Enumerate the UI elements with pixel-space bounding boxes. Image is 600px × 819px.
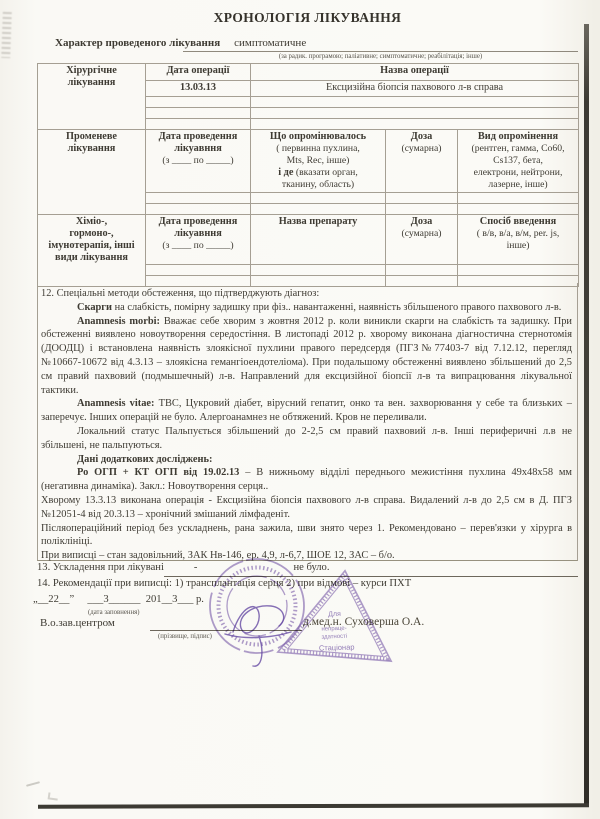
scan-edge-artifact bbox=[1, 12, 12, 58]
radiation-what-header: Що опромінювалось ( первинна пухлина, Mt… bbox=[251, 130, 386, 193]
empty-cell bbox=[251, 204, 386, 215]
empty-cell bbox=[251, 108, 579, 119]
empty-cell bbox=[458, 193, 579, 204]
scan-edge-bottom bbox=[38, 803, 589, 808]
radiation-date-header-bold: Дата проведення лікуавння bbox=[159, 131, 238, 154]
radiation-dose-bold: Доза bbox=[411, 131, 433, 142]
empty-cell bbox=[458, 204, 579, 215]
treatment-nature-row: Характер проведеного лікуваннясимптомати… bbox=[55, 37, 306, 49]
fill-date-line: „__22__” ___3______ 201__3___ р. bbox=[33, 594, 204, 605]
xray-ct-paragraph: Ро ОГП + КТ ОГП від 19.02.13 – В нижньом… bbox=[41, 466, 572, 494]
table-row: Променеве лікування Дата проведення ліку… bbox=[38, 130, 579, 193]
empty-cell bbox=[251, 97, 579, 108]
triangle-stamp-line1: Для bbox=[328, 611, 341, 618]
radiation-kind-header: Вид опромінення (рентген, гамма, Со60, C… bbox=[458, 130, 579, 193]
surgical-section-label: Хірургічне лікування bbox=[38, 64, 146, 130]
surgical-name-header: Назва операції bbox=[251, 64, 579, 81]
empty-cell bbox=[386, 193, 458, 204]
surgical-operation-value: Ексцизійна біопсія пахвового л-в справа bbox=[251, 81, 579, 97]
scan-edge-right bbox=[584, 24, 589, 805]
chemo-drug-header: Назва препарату bbox=[251, 215, 386, 265]
complications-label: 13. Ускладення при лікувані bbox=[37, 562, 164, 577]
stamps-overlay: Для непраце- здатності Стаціонар bbox=[195, 548, 425, 698]
radiation-dose-header: Доза (сумарна) bbox=[386, 130, 458, 193]
triangle-stamp-line2: непраце- bbox=[321, 626, 346, 633]
signer-role: В.о.зав.центром bbox=[40, 617, 115, 629]
additional-studies-lead: Дані додаткових досліджень: bbox=[77, 454, 212, 465]
radiation-section-label: Променеве лікування bbox=[38, 130, 146, 215]
round-stamp bbox=[210, 559, 304, 653]
radiation-what-bold: Що опромінювалось bbox=[270, 131, 366, 142]
anamnesis-vitae-lead: Anamnesis vitae: bbox=[77, 398, 154, 409]
pencil-mark bbox=[26, 781, 40, 787]
table-row: Хіміо-, гормоно-, імунотерапія, інші вид… bbox=[38, 215, 579, 265]
scanned-medical-document: ХРОНОЛОГІЯ ЛІКУВАННЯ Характер проведеног… bbox=[0, 0, 600, 819]
chemo-date-header-bold: Дата проведення лікуавння bbox=[159, 216, 238, 239]
triangle-stamp-line3: здатності bbox=[321, 634, 347, 641]
operation-paragraph: Хворому 13.3.13 виконана операція - Ексц… bbox=[41, 494, 572, 522]
xray-ct-lead: Ро ОГП + КТ ОГП від 19.02.13 bbox=[77, 467, 239, 478]
complaints-paragraph: Скарги на слабкість, помірну задишку при… bbox=[41, 301, 572, 315]
anamnesis-vitae-paragraph: Anamnesis vitae: ТВС, Цукровий діабет, в… bbox=[41, 397, 572, 425]
empty-cell bbox=[146, 119, 251, 130]
anamnesis-morbi-text: Вважає себе хворим з жовтня 2012 р. коли… bbox=[41, 316, 572, 396]
empty-cell bbox=[146, 265, 251, 276]
fill-date-hint: (дата заповнення) bbox=[88, 609, 140, 616]
radiation-what-plain: ( первинна пухлина, Mts, Rec, інше) bbox=[276, 143, 360, 166]
anamnesis-morbi-lead: Anamnesis morbi: bbox=[77, 316, 160, 327]
complaints-lead: Скарги bbox=[77, 302, 112, 313]
empty-cell bbox=[386, 204, 458, 215]
chemo-date-header-plain: (з ____ по _____) bbox=[162, 240, 233, 251]
chemo-route-plain: ( в/в, в/а, в/м, per. js, інше) bbox=[477, 228, 560, 251]
anamnesis-morbi-paragraph: Anamnesis morbi: Вважає себе хворим з жо… bbox=[41, 315, 572, 398]
local-status-paragraph: Локальний статус Пальпується збільшений … bbox=[41, 425, 572, 453]
surgical-date-value: 13.03.13 bbox=[146, 81, 251, 97]
additional-studies-heading: Дані додаткових досліджень: bbox=[41, 453, 572, 467]
radiation-where-plain: (вказати орган, тканину, область) bbox=[282, 167, 358, 190]
page-title: ХРОНОЛОГІЯ ЛІКУВАННЯ bbox=[37, 10, 578, 26]
treatment-nature-label: Характер проведеного лікування bbox=[55, 37, 220, 49]
radiation-date-header-plain: (з ____ по _____) bbox=[162, 155, 233, 166]
treatment-nature-hint: (за радик. програмою; паліативне; симпто… bbox=[183, 53, 578, 60]
radiation-dose-plain: (сумарна) bbox=[401, 143, 441, 154]
radiation-kind-bold: Вид опромінення bbox=[478, 131, 558, 142]
empty-cell bbox=[146, 204, 251, 215]
empty-cell bbox=[251, 265, 386, 276]
chemo-route-bold: Спосіб введення bbox=[480, 216, 556, 227]
treatment-nature-underline bbox=[183, 51, 578, 52]
chemo-dose-plain: (сумарна) bbox=[401, 228, 441, 239]
radiation-where-bold: і де bbox=[278, 167, 293, 178]
empty-cell bbox=[386, 265, 458, 276]
section12-heading: 12. Спеціальні методи обстеження, що під… bbox=[41, 287, 572, 301]
chemo-date-header: Дата проведення лікуавння (з ____ по ___… bbox=[146, 215, 251, 265]
chemo-dose-header: Доза (сумарна) bbox=[386, 215, 458, 265]
treatment-table: Хірургічне лікування Дата операції Назва… bbox=[37, 63, 579, 287]
chemo-dose-bold: Доза bbox=[411, 216, 433, 227]
postop-paragraph: Післяопераційний період без ускладнень, … bbox=[41, 522, 572, 550]
pencil-mark bbox=[48, 792, 59, 800]
triangle-stamp-line4: Стаціонар bbox=[319, 642, 355, 652]
empty-cell bbox=[146, 97, 251, 108]
chemo-route-header: Спосіб введення ( в/в, в/а, в/м, per. js… bbox=[458, 215, 579, 265]
surgical-date-header: Дата операції bbox=[146, 64, 251, 81]
radiation-date-header: Дата проведення лікуавння (з ____ по ___… bbox=[146, 130, 251, 193]
special-examinations-section: 12. Спеціальні методи обстеження, що під… bbox=[37, 283, 578, 561]
empty-cell bbox=[251, 193, 386, 204]
empty-cell bbox=[458, 265, 579, 276]
table-row: Хірургічне лікування Дата операції Назва… bbox=[38, 64, 579, 81]
empty-cell bbox=[251, 119, 579, 130]
complaints-text: на слабкість, помірну задишку при фіз.. … bbox=[112, 302, 561, 313]
treatment-nature-value: симптоматичне bbox=[234, 37, 306, 49]
empty-cell bbox=[146, 108, 251, 119]
empty-cell bbox=[146, 193, 251, 204]
chemo-section-label: Хіміо-, гормоно-, імунотерапія, інші вид… bbox=[38, 215, 146, 287]
radiation-kind-plain: (рентген, гамма, Со60, Cs137, бета, елек… bbox=[472, 143, 565, 190]
